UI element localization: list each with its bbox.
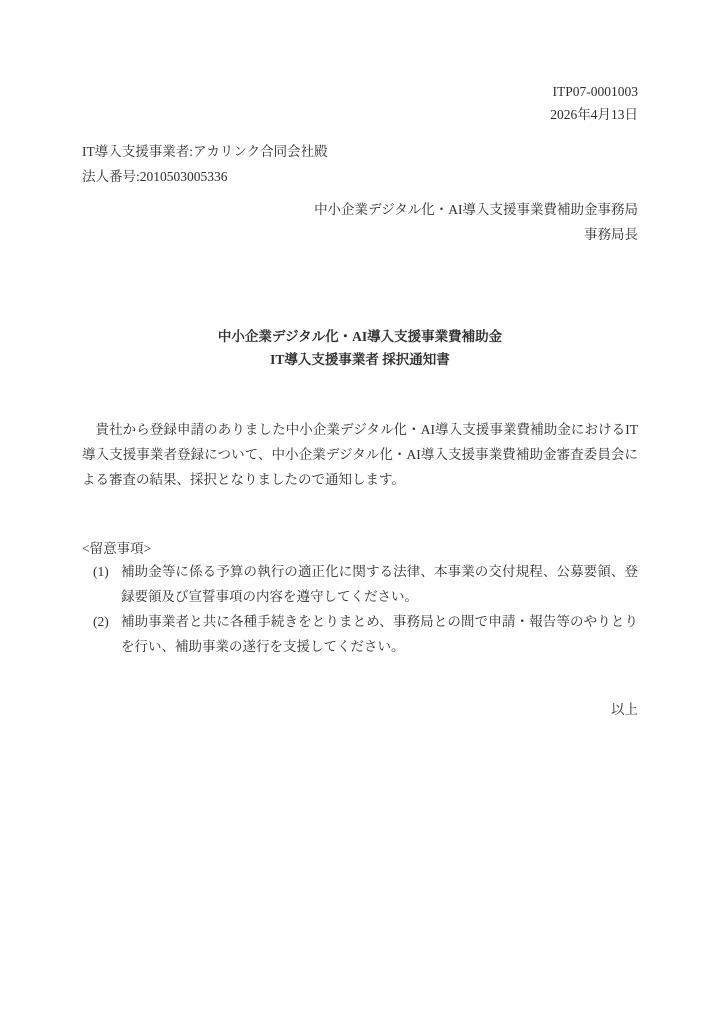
document-title-line1: 中小企業デジタル化・AI導入支援事業費補助金 [82, 324, 638, 349]
notes-heading: <留意事項> [82, 536, 638, 561]
corporate-number-line: 法人番号:2010503005336 [82, 164, 638, 189]
document-title-line2: IT導入支援事業者 採択通知書 [82, 347, 638, 372]
note-2-marker: (2) [93, 609, 109, 634]
closing-line: 以上 [82, 697, 638, 722]
note-item-2: (2) 補助事業者と共に各種手続きをとりまとめ、事務局との間で申請・報告等のやり… [82, 609, 638, 659]
body-paragraph: 貴社から登録申請のありました中小企業デジタル化・AI導入支援事業費補助金における… [82, 417, 638, 492]
addressee-line: IT導入支援事業者:アカリンク合同会社殿 [82, 139, 638, 164]
note-1-text: 補助金等に係る予算の執行の適正化に関する法律、本事業の交付規程、公募要領、登録要… [121, 564, 638, 604]
document-number: ITP07-0001003 [82, 79, 638, 104]
sender-organization: 中小企業デジタル化・AI導入支援事業費補助金事務局 [82, 197, 638, 222]
document-date: 2026年4月13日 [82, 102, 638, 127]
note-item-1: (1) 補助金等に係る予算の執行の適正化に関する法律、本事業の交付規程、公募要領… [82, 559, 638, 609]
note-2-text: 補助事業者と共に各種手続きをとりまとめ、事務局との間で申請・報告等のやりとりを行… [121, 614, 638, 654]
sender-title: 事務局長 [82, 222, 638, 247]
note-1-marker: (1) [93, 559, 109, 584]
document-page: ITP07-0001003 2026年4月13日 IT導入支援事業者:アカリンク… [0, 0, 724, 1024]
